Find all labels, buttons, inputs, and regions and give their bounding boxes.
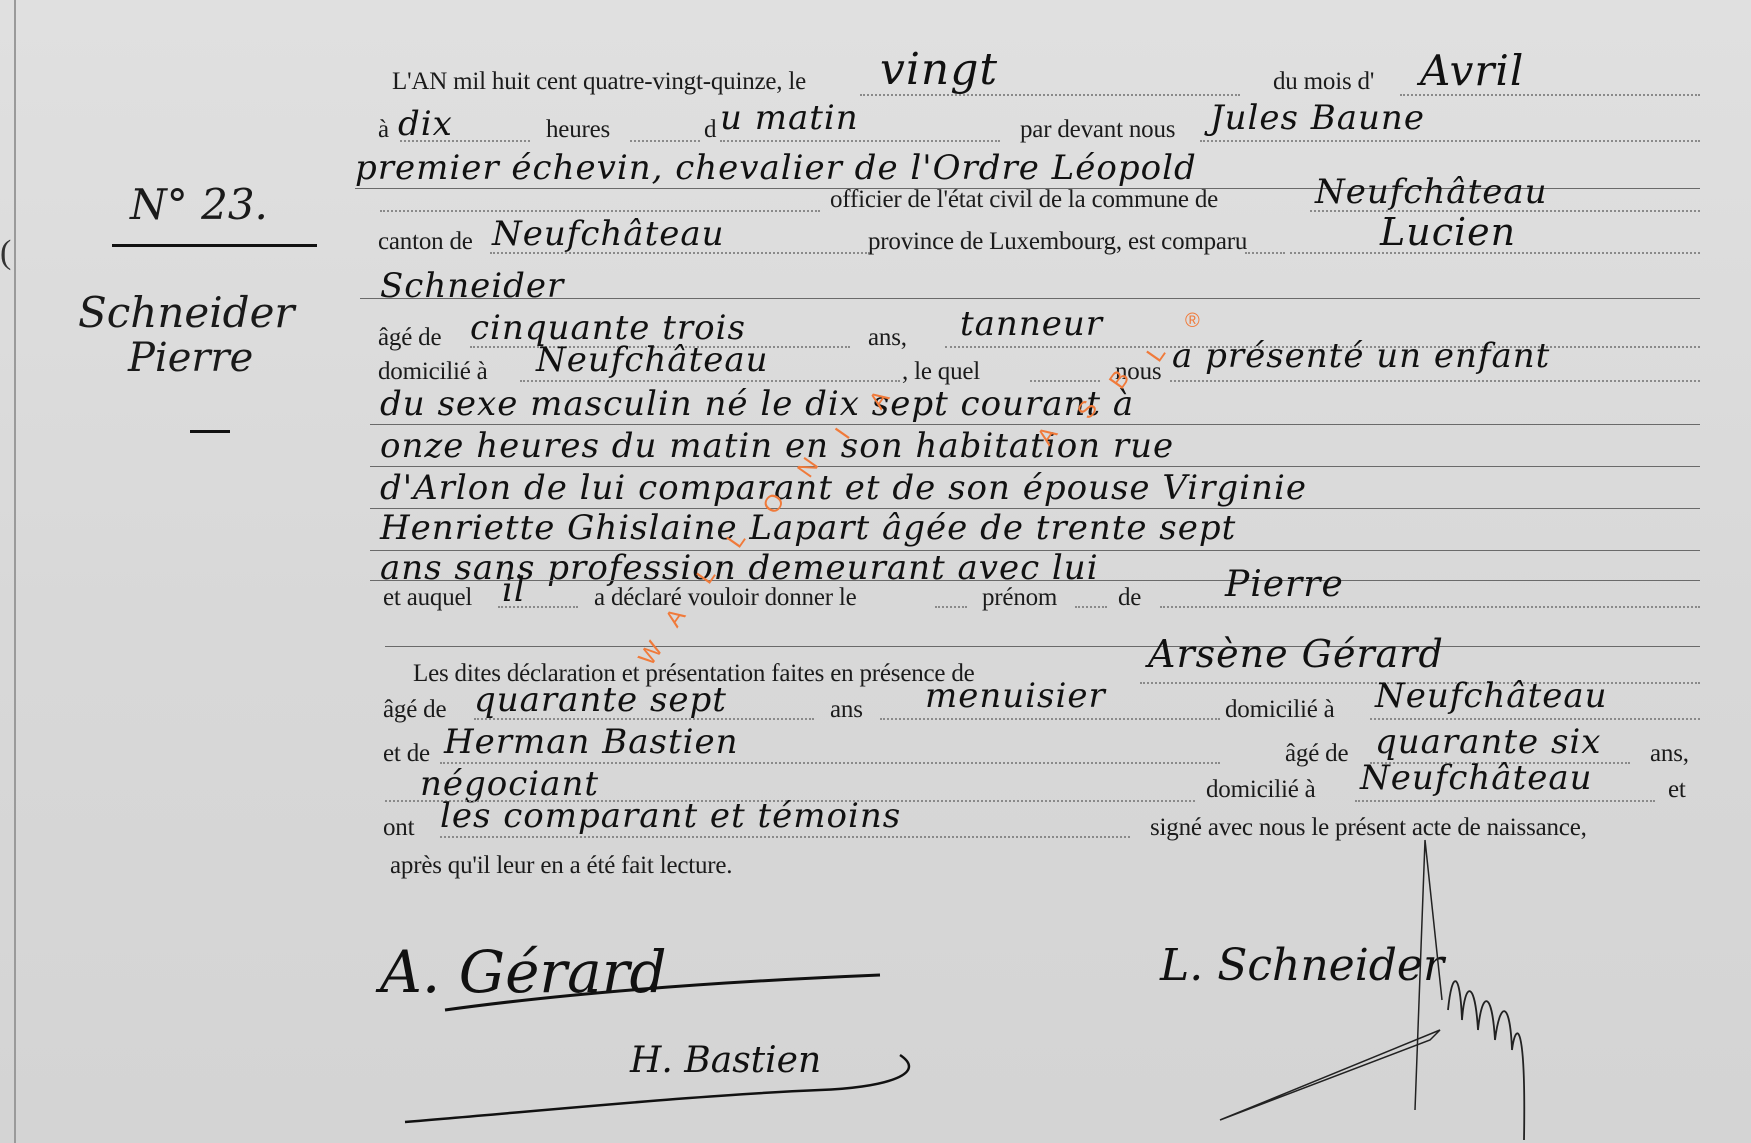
printed-auquel: et auquel: [383, 584, 472, 612]
dotted-line: [520, 380, 900, 382]
dotted-line: [498, 606, 578, 608]
margin-given-name: Pierre: [128, 335, 253, 381]
hw-body-line-3: d'Arlon de lui comparant et de son épous…: [380, 468, 1307, 508]
ruled-line: [385, 646, 1700, 647]
hw-signers: les comparant et témoins: [440, 796, 901, 836]
dotted-line: [1400, 94, 1700, 96]
hw-month: Avril: [1420, 46, 1524, 95]
hw-witness2-home: Neufchâteau: [1360, 758, 1593, 798]
hw-witness1-age: quarante sept: [474, 680, 727, 720]
printed-lequel: , le quel: [902, 358, 980, 386]
signature-flourish: [400, 1050, 940, 1130]
margin-divider: [112, 244, 317, 247]
hw-period: u matin: [720, 98, 859, 138]
dotted-line: [1200, 140, 1700, 142]
hw-body-line-1: du sexe masculin né le dix sept courant …: [380, 384, 1134, 424]
signature-flourish: [440, 960, 900, 1020]
printed-ans: ans,: [868, 324, 907, 352]
dotted-line: [720, 140, 1000, 142]
hw-day: vingt: [880, 44, 998, 95]
dotted-line: [400, 140, 530, 142]
hw-body-line-4: Henriette Ghislaine Lapart âgée de trent…: [380, 508, 1236, 548]
printed-et: et: [1668, 776, 1686, 804]
birth-record-page: ( N° 23. Schneider Pierre L'AN mil huit …: [0, 0, 1751, 1143]
hw-canton: Neufchâteau: [492, 214, 725, 254]
dotted-line: [1355, 800, 1655, 802]
page-margin-line: [14, 0, 16, 1143]
printed-age-label: âgé de: [378, 324, 441, 352]
hw-body-line-5: ans sans profession demeurant avec lui: [380, 548, 1099, 588]
hw-declarant-first: Lucien: [1380, 210, 1516, 254]
printed-witness1-domicile: domicilié à: [1225, 696, 1335, 724]
dotted-line: [474, 718, 814, 720]
margin-surname: Schneider: [78, 288, 295, 337]
dotted-line: [1030, 380, 1100, 382]
dotted-line: [1370, 718, 1700, 720]
printed-month-label: du mois d': [1273, 68, 1374, 96]
dotted-line: [1245, 252, 1285, 254]
dotted-line: [490, 252, 870, 254]
printed-a: à: [378, 116, 389, 144]
printed-witness1-age-label: âgé de: [383, 696, 446, 724]
printed-lecture: après qu'il leur en a été fait lecture.: [390, 852, 732, 880]
dotted-line: [860, 94, 1240, 96]
margin-fragment: (: [0, 234, 11, 272]
dotted-line: [1160, 606, 1700, 608]
ruled-line: [370, 466, 1700, 467]
dotted-line: [440, 836, 1130, 838]
hw-declarant-job: tanneur: [960, 304, 1103, 344]
ruled-line: [370, 580, 1700, 581]
printed-witness2-age-label: âgé de: [1285, 740, 1348, 768]
act-number: N° 23.: [130, 180, 268, 229]
printed-year-line: L'AN mil huit cent quatre-vingt-quinze, …: [392, 68, 806, 96]
dotted-line: [1170, 380, 1700, 382]
printed-ans-2: ans,: [1650, 740, 1689, 768]
dotted-line: [1290, 252, 1700, 254]
printed-ont: ont: [383, 814, 414, 842]
printed-witness2-domicile: domicilié à: [1206, 776, 1316, 804]
dotted-line: [935, 606, 967, 608]
printed-d: d: [704, 116, 716, 144]
dotted-line: [1075, 606, 1107, 608]
printed-heures: heures: [546, 116, 610, 144]
printed-officer-label: officier de l'état civil de la commune d…: [830, 186, 1218, 214]
printed-ans: ans: [830, 696, 863, 724]
printed-canton: canton de: [378, 228, 473, 256]
printed-domicile: domicilié à: [378, 358, 488, 386]
printed-prenom: prénom: [982, 584, 1057, 612]
hw-pronoun: il: [502, 570, 526, 610]
ruled-line: [370, 424, 1700, 425]
hw-declarant-last: Schneider: [380, 266, 564, 306]
hw-declarant-home: Neufchâteau: [536, 340, 769, 380]
hw-witness1-name: Arsène Gérard: [1148, 632, 1444, 676]
hw-witness1-home: Neufchâteau: [1375, 676, 1608, 716]
hw-witness2-age: quarante six: [1375, 722, 1601, 762]
hw-given-name: Pierre: [1225, 564, 1344, 605]
hw-presented: a présenté un enfant: [1172, 336, 1550, 376]
margin-dash: [190, 430, 230, 433]
dotted-line: [380, 210, 820, 212]
hw-witness2-name: Herman Bastien: [444, 722, 739, 762]
hw-hour: dix: [398, 104, 453, 144]
dotted-line: [630, 140, 700, 142]
hw-officer-name: Jules Baune: [1210, 98, 1425, 138]
signature-officer: [1190, 820, 1610, 1143]
printed-de: de: [1118, 584, 1141, 612]
hw-officer-title: premier échevin, chevalier de l'Ordre Lé…: [355, 148, 1197, 188]
ruled-line: [360, 298, 1700, 299]
dotted-line: [880, 718, 1220, 720]
hw-witness1-job: menuisier: [925, 676, 1106, 716]
printed-par-devant-nous: par devant nous: [1020, 116, 1175, 144]
hw-commune: Neufchâteau: [1315, 172, 1548, 212]
watermark-registered-icon: ®: [1185, 310, 1200, 333]
printed-province: province de Luxembourg, est comparu: [868, 228, 1247, 256]
printed-declare: a déclaré vouloir donner le: [594, 584, 857, 612]
